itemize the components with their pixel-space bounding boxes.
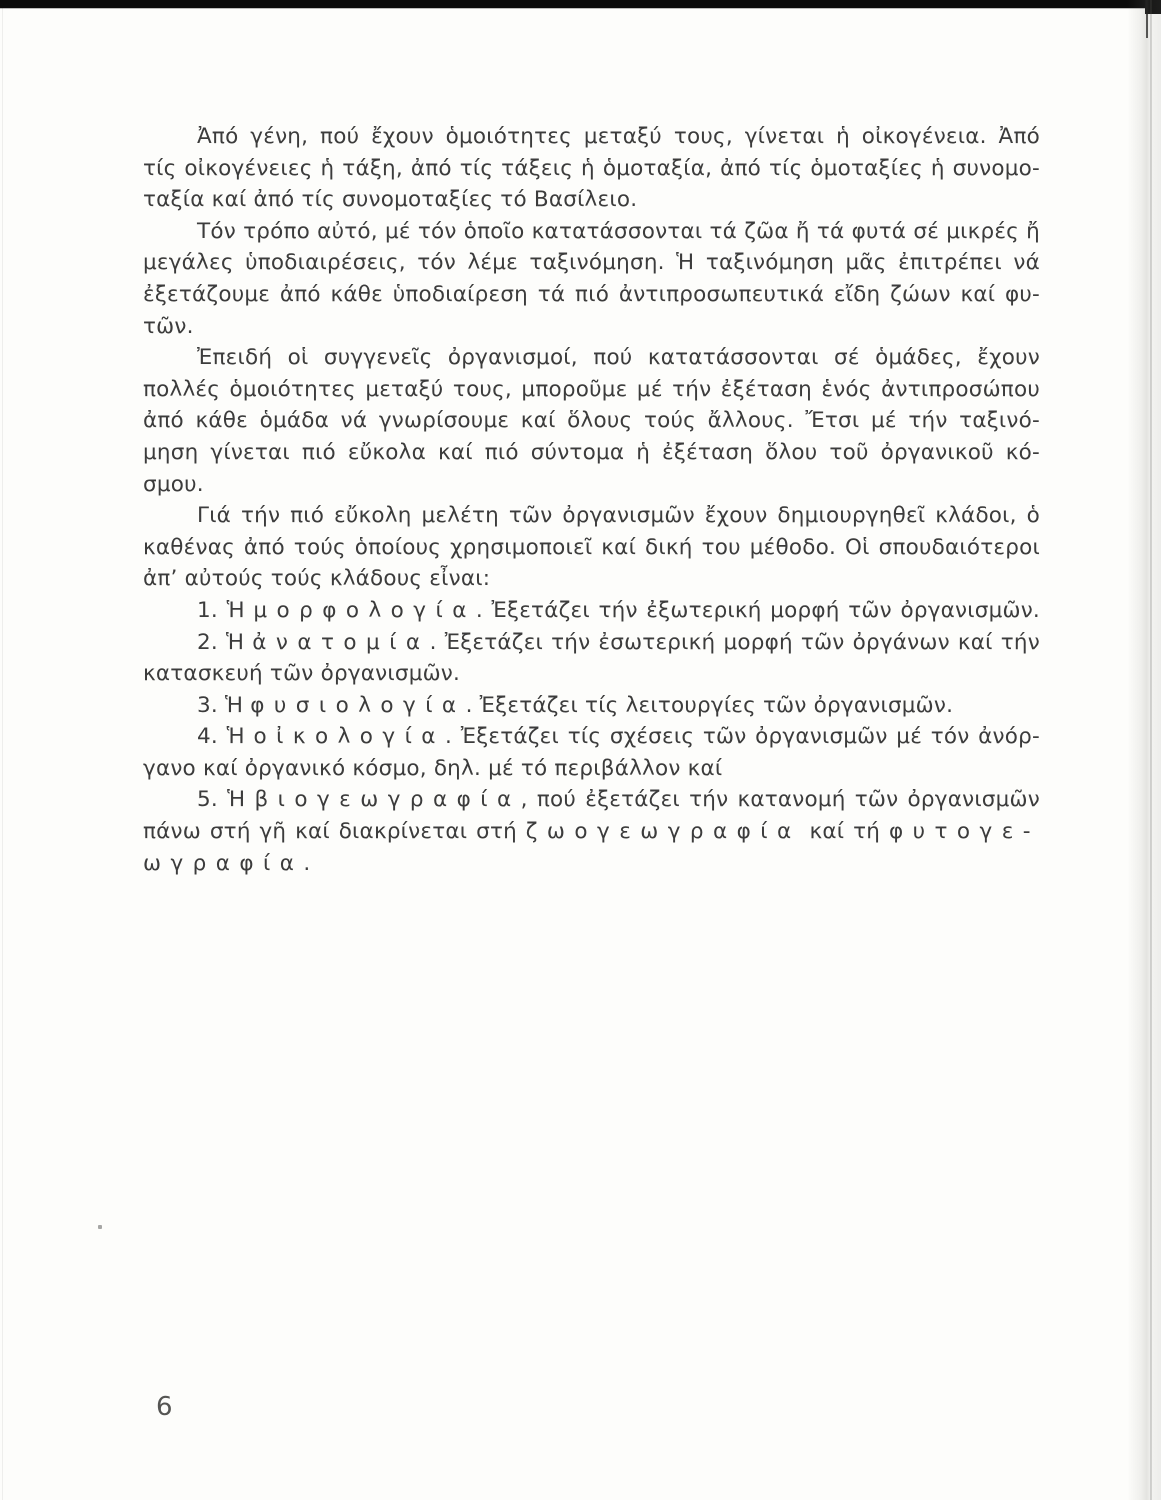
ink-speck — [98, 1225, 102, 1229]
scan-top-edge — [0, 0, 1161, 8]
text-run: , πού ἐξετάζει τήν κατανομή τῶν ὀργανισμ… — [521, 787, 1040, 812]
text-line: κατασκευή τῶν ὀργανισμῶν. — [143, 658, 1040, 690]
scanned-book-page: Ἀπό γένη, πού ἔχουν ὁμοιότητες μεταξύ το… — [0, 0, 1161, 1500]
body-text: Ἀπό γένη, πού ἔχουν ὁμοιότητες μεταξύ το… — [143, 121, 1040, 879]
text-line: Τόν τρόπο αὐτό, μέ τόν ὁποῖο κατατάσσοντ… — [143, 216, 1040, 248]
text-run: . Ἐξετάζει τήν ἐσωτερική μορφή τῶν ὀργάν… — [430, 630, 1040, 655]
text-line: 5. Ἡ βιογεωγραφία, πού ἐξετάζει τήν κατα… — [143, 784, 1040, 816]
text-run: . Ἐξετάζει τίς λειτουργίες τῶν ὀργανισμῶ… — [466, 693, 954, 718]
text-line: ἀπ’ αὐτούς τούς κλάδους εἶναι: — [143, 563, 1040, 595]
letterspaced-term: ζωογεωγραφία — [526, 819, 801, 844]
text-line: τῶν. — [143, 311, 1040, 343]
text-run: κατασκευή τῶν ὀργανισμῶν. — [143, 661, 460, 686]
text-run: ἀπό κάθε ὁμάδα νά γνωρίσουμε καί ὅλους τ… — [143, 408, 1040, 433]
text-run: τίς οἰκογένειες ἡ τάξη, ἀπό τίς τάξεις ἡ… — [143, 156, 1040, 181]
text-run: σμου. — [143, 472, 204, 497]
text-run: Τόν τρόπο αὐτό, μέ τόν ὁποῖο κατατάσσοντ… — [197, 219, 1040, 244]
text-run: Γιά τήν πιό εὔκολη μελέτη τῶν ὀργανισμῶν… — [197, 503, 1040, 528]
text-run: 5. Ἡ — [197, 787, 254, 812]
text-line: Ἐπειδή οἱ συγγενεῖς ὀργανισμοί, πού κατα… — [143, 342, 1040, 374]
letterspaced-term: φυτογε- — [889, 819, 1040, 844]
text-line: γανο καί ὀργανικό κόσμο, δηλ. μέ τό περι… — [143, 753, 1040, 785]
text-line: πολλές ὁμοιότητες μεταξύ τους, μποροῦμε … — [143, 374, 1040, 406]
page-left-edge-line — [2, 8, 3, 1500]
text-run: ταξία καί ἀπό τίς συνομοταξίες τό Βασίλε… — [143, 187, 637, 212]
text-line: τίς οἰκογένειες ἡ τάξη, ἀπό τίς τάξεις ἡ… — [143, 153, 1040, 185]
text-line: πάνω στή γῆ καί διακρίνεται στή ζωογεωγρ… — [143, 816, 1040, 848]
page-right-edge-line — [1150, 0, 1152, 1500]
text-line: Γιά τήν πιό εὔκολη μελέτη τῶν ὀργανισμῶν… — [143, 500, 1040, 532]
text-run: Ἐπειδή οἱ συγγενεῖς ὀργανισμοί, πού κατα… — [197, 345, 1040, 370]
text-run: τῶν. — [143, 314, 194, 339]
text-line: 3. Ἡ φυσιολογία. Ἐξετάζει τίς λειτουργίε… — [143, 690, 1040, 722]
letterspaced-term: ωγραφία — [143, 851, 303, 876]
text-run: ἀπ’ αὐτούς τούς κλάδους εἶναι: — [143, 566, 490, 591]
text-run: μηση γίνεται πιό εὔκολα καί πιό σύντομα … — [143, 440, 1040, 465]
text-run: γανο καί ὀργανικό κόσμο, δηλ. μέ τό περι… — [143, 756, 722, 781]
page-right-edge-shadow — [1127, 0, 1161, 1500]
text-line: 2. Ἡ ἀνατομία. Ἐξετάζει τήν ἐσωτερική μο… — [143, 627, 1040, 659]
text-line: σμου. — [143, 469, 1040, 501]
text-line: Ἀπό γένη, πού ἔχουν ὁμοιότητες μεταξύ το… — [143, 121, 1040, 153]
letterspaced-term: μορφολογία — [253, 598, 475, 623]
text-line: καθένας ἀπό τούς ὁποίους χρησιμοποιεῖ κα… — [143, 532, 1040, 564]
text-line: μεγάλες ὑποδιαιρέσεις, τόν λέμε ταξινόμη… — [143, 247, 1040, 279]
text-run: 3. Ἡ — [197, 693, 250, 718]
letterspaced-term: οἰκολογία — [254, 724, 445, 749]
text-run: 1. Ἡ — [197, 598, 253, 623]
text-run: 2. Ἡ — [197, 630, 252, 655]
text-line: ἀπό κάθε ὁμάδα νά γνωρίσουμε καί ὅλους τ… — [143, 405, 1040, 437]
text-line: 4. Ἡ οἰκολογία. Ἐξετάζει τίς σχέσεις τῶν… — [143, 721, 1040, 753]
text-line: ωγραφία. — [143, 848, 1040, 880]
text-run: Ἀπό γένη, πού ἔχουν ὁμοιότητες μεταξύ το… — [197, 124, 1040, 149]
text-line: ἐξετάζουμε ἀπό κάθε ὑποδιαίρεση τά πιό ἀ… — [143, 279, 1040, 311]
text-line: 1. Ἡ μορφολογία. Ἐξετάζει τήν ἐξωτερική … — [143, 595, 1040, 627]
page-number: 6 — [156, 1392, 173, 1422]
text-run: ἐξετάζουμε ἀπό κάθε ὑποδιαίρεση τά πιό ἀ… — [143, 282, 1040, 307]
text-line: μηση γίνεται πιό εὔκολα καί πιό σύντομα … — [143, 437, 1040, 469]
text-run: . Ἐξετάζει τήν ἐξωτερική μορφή τῶν ὀργαν… — [476, 598, 1040, 623]
text-run: . — [303, 851, 310, 876]
text-line: ταξία καί ἀπό τίς συνομοταξίες τό Βασίλε… — [143, 184, 1040, 216]
text-run: πάνω στή γῆ καί διακρίνεται στή — [143, 819, 526, 844]
text-run: καί τή — [801, 819, 889, 844]
letterspaced-term: φυσιολογία — [250, 693, 465, 718]
text-run: καθένας ἀπό τούς ὁποίους χρησιμοποιεῖ κα… — [143, 535, 1040, 560]
text-run: . Ἐξετάζει τίς σχέσεις τῶν ὀργανισμῶν μέ… — [445, 724, 1040, 749]
text-run: πολλές ὁμοιότητες μεταξύ τους, μποροῦμε … — [143, 377, 1040, 402]
text-run: μεγάλες ὑποδιαιρέσεις, τόν λέμε ταξινόμη… — [143, 250, 1040, 275]
letterspaced-term: βιογεωγραφία — [254, 787, 520, 812]
letterspaced-term: ἀνατομία — [252, 630, 429, 655]
text-run: 4. Ἡ — [197, 724, 254, 749]
